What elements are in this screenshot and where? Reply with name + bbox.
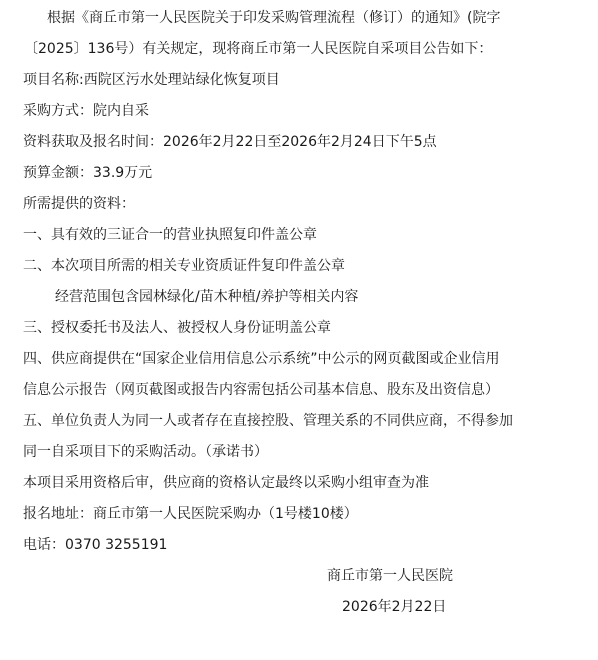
project-name: 项目名称:西院区污水处理站绿化恢复项目: [23, 71, 280, 89]
registration-address: 报名地址：商丘市第一人民医院采购办（1号楼10楼）: [23, 505, 358, 523]
requirement-item-continuation: 经营范围包含园林绿化/苗木种植/养护等相关内容: [55, 288, 358, 306]
procurement-method: 采购方式：院内自采: [23, 102, 149, 120]
procurement-notice-document: 根据《商丘市第一人民医院关于印发采购管理流程（修订）的通知》(院字 〔2025〕…: [0, 0, 598, 660]
requirement-item-continuation: 信息公示报告（网页截图或报告内容需包括公司基本信息、股东及出资信息）: [23, 381, 499, 399]
registration-time: 资料获取及报名时间：2026年2月22日至2026年2月24日下午5点: [23, 133, 437, 151]
signature-organization: 商丘市第一人民医院: [327, 567, 453, 585]
requirement-item: 五、单位负责人为同一人或者存在直接控股、管理关系的不同供应商，不得参加: [23, 412, 513, 430]
requirement-item: 二、本次项目所需的相关专业资质证件复印件盖公章: [23, 257, 345, 275]
qualification-review-note: 本项目采用资格后审，供应商的资格认定最终以采购小组审查为准: [23, 474, 429, 492]
requirement-item-continuation: 同一自采项目下的采购活动。（承诺书）: [23, 443, 268, 461]
requirement-item: 四、供应商提供在“国家企业信用信息公示系统”中公示的网页截图或企业信用: [23, 350, 500, 368]
intro-paragraph-line-1: 根据《商丘市第一人民医院关于印发采购管理流程（修订）的通知》(院字: [47, 9, 500, 27]
budget-amount: 预算金额：33.9万元: [23, 164, 152, 182]
requirement-item: 三、授权委托书及法人、被授权人身份证明盖公章: [23, 319, 331, 337]
intro-paragraph-line-2: 〔2025〕136号）有关规定，现将商丘市第一人民医院自采项目公告如下：: [24, 40, 492, 58]
signature-date: 2026年2月22日: [342, 598, 446, 616]
requirement-item: 一、具有效的三证合一的营业执照复印件盖公章: [23, 226, 317, 244]
required-materials-heading: 所需提供的资料：: [23, 195, 135, 213]
contact-phone: 电话：0370 3255191: [23, 536, 167, 554]
